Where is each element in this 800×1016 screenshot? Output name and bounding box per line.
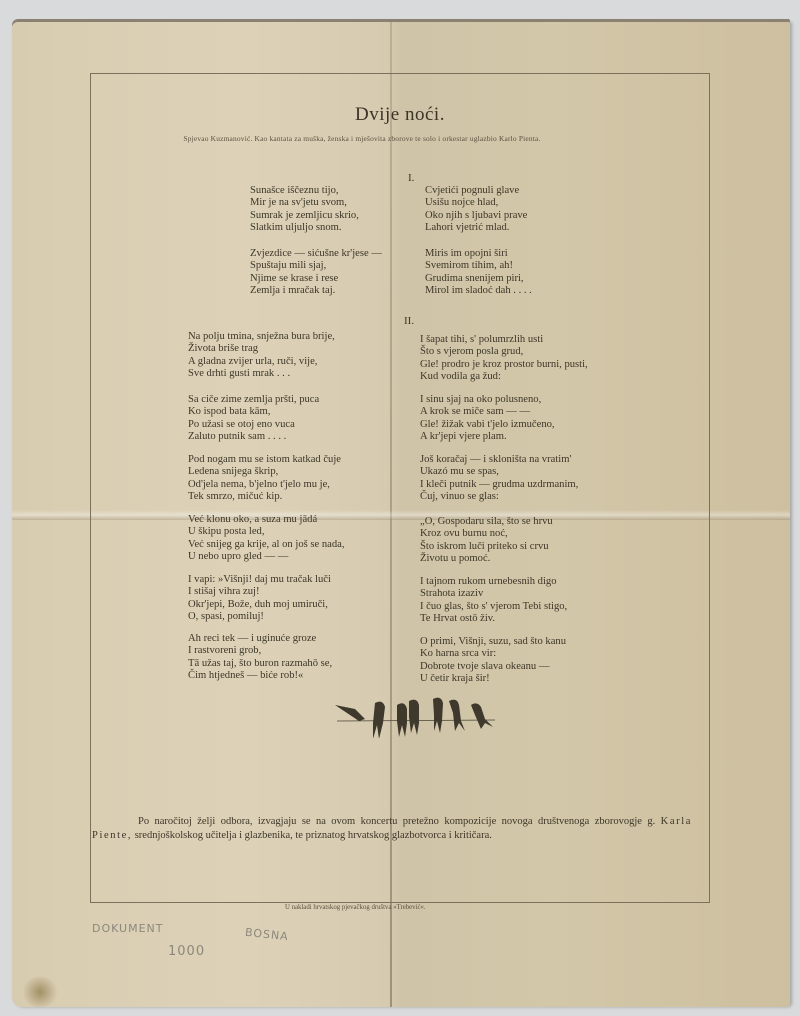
verse-line: Na polju tmina, snježna bura brije, — [188, 331, 335, 343]
verse-line: Strahota izaziv — [420, 588, 567, 600]
verse-line: Ukazó mu se spas, — [420, 466, 578, 478]
verse-line: Njime se krase i rese — [250, 273, 382, 285]
verse-line: Još koračaj — i skloništa na vratim' — [420, 454, 578, 466]
note-intro: Po naročitoj želji odbora, izvagjaju se … — [138, 816, 655, 827]
verse-line: I sinu sjaj na oko polusneno, — [420, 394, 555, 406]
verse-line: Te Hrvat ostō živ. — [420, 613, 567, 625]
stanza-2-left-2: Sa ciče zime zemlja pršti, puca Ko ispod… — [188, 394, 319, 444]
verse-line: Miris im opojni širi — [425, 248, 532, 260]
stanza-2-right-4: „O, Gospodaru sila, što se hrvu Kroz ovu… — [420, 516, 553, 566]
verse-line: I šapat tihi, s' polumrzlih usti — [420, 334, 588, 346]
verse-line: I čuo glas, što s' vjerom Tebi stigo, — [420, 601, 567, 613]
corner-stain — [20, 977, 60, 1007]
verse-line: A krok se miče sam — — — [420, 406, 555, 418]
stanza-2-left-6: Ah reci tek — i uginuće groze I rastvore… — [188, 633, 332, 683]
poem-title: Dvije noći. — [0, 104, 800, 126]
verse-line: Zvjezdice — sićušne kr'jese — — [250, 248, 382, 260]
verse-line: Grudima snenijem piri, — [425, 273, 532, 285]
verse-line: Tek smrzo, mičuć kip. — [188, 491, 341, 503]
verse-line: Što iskrom luči priteko si crvu — [420, 541, 553, 553]
concert-note-paragraph: Po naročitoj želji odbora, izvagjaju se … — [92, 815, 692, 843]
verse-line: Životu u pomoć. — [420, 553, 553, 565]
verse-line: A gladna zvijer urla, ruči, vije, — [188, 356, 335, 368]
verse-line: Svemirom tihim, ah! — [425, 260, 532, 272]
verse-line: Sumrak je zemljicu skrio, — [250, 210, 359, 222]
verse-line: Kud vodila ga žud: — [420, 371, 588, 383]
stanza-2-left-3: Pod nogam mu se istom katkad čuje Ledena… — [188, 454, 341, 504]
verse-line: Sunašce iščeznu tijo, — [250, 185, 359, 197]
stanza-1-left-1: Sunašce iščeznu tijo, Mir je na sv'jetu … — [250, 185, 359, 235]
verse-line: Oko njih s ljubavi prave — [425, 210, 527, 222]
verse-line: Kroz ovu burnu noć, — [420, 528, 553, 540]
verse-line: Već snijeg ga krije, al on još se nada, — [188, 539, 345, 551]
verse-line: Što s vjerom posla grud, — [420, 346, 588, 358]
verse-line: Sa ciče zime zemlja pršti, puca — [188, 394, 319, 406]
verse-line: „O, Gospodaru sila, što se hrvu — [420, 516, 553, 528]
stanza-2-right-5: I tajnom rukom urnebesnih digo Strahota … — [420, 576, 567, 626]
verse-line: Gle! prodro je kroz prostor burni, pusti… — [420, 359, 588, 371]
stanza-2-left-5: I vapi: »Višnji! daj mu tračak luči I st… — [188, 574, 331, 624]
stanza-2-right-1: I šapat tihi, s' polumrzlih usti Što s v… — [420, 334, 588, 384]
stanza-1-right-2: Miris im opojni širi Svemirom tihim, ah!… — [425, 248, 532, 298]
verse-line: Života briše trag — [188, 343, 335, 355]
verse-line: Od'jela nema, b'jelno t'jelo mu je, — [188, 479, 341, 491]
verse-line: Tā užas taj, što buron razmahō se, — [188, 658, 332, 670]
printed-frame-border — [90, 73, 710, 903]
verse-line: Čim htjedneš — biće rob!« — [188, 670, 332, 682]
note-rest: srednjoškolskog učitelja i glazbenika, t… — [135, 830, 492, 841]
verse-line: Pod nogam mu se istom katkad čuje — [188, 454, 341, 466]
verse-line: O, spasi, pomiluj! — [188, 611, 331, 623]
section-number-2: II. — [404, 315, 414, 327]
verse-line: Ko harna srca vir: — [420, 648, 566, 660]
stanza-2-right-2: I sinu sjaj na oko polusneno, A krok se … — [420, 394, 555, 444]
poem-subtitle: Spjevao Kuzmanović. Kao kantata za muška… — [62, 134, 662, 143]
verse-line: Ledena snijega škrip, — [188, 466, 341, 478]
verse-line: Usišu nojce hlad, — [425, 197, 527, 209]
publisher-line: U nakladi hrvatskog pjevačkog društva »T… — [285, 904, 426, 911]
verse-line: I rastvoreni grob, — [188, 645, 332, 657]
verse-line: I stišaj vihra zuj! — [188, 586, 331, 598]
verse-line: Čuj, vinuo se glas: — [420, 491, 578, 503]
verse-line: O primi, Višnji, suzu, sad što kanu — [420, 636, 566, 648]
verse-line: U nebo upro gled — — — [188, 551, 345, 563]
stanza-1-left-2: Zvjezdice — sićušne kr'jese — Spuštaju m… — [250, 248, 382, 298]
verse-line: Već klonu oko, a suza mu jādá — [188, 514, 345, 526]
verse-line: Mirol im sladoć dah . . . . — [425, 285, 532, 297]
section-number-1: I. — [408, 172, 414, 184]
stanza-1-right-1: Cvjetići pognuli glave Usišu nojce hlad,… — [425, 185, 527, 235]
verse-line: Po užasi se otoj eno vuca — [188, 419, 319, 431]
verse-line: Slatkim uljuljo snom. — [250, 222, 359, 234]
stanza-2-right-6: O primi, Višnji, suzu, sad što kanu Ko h… — [420, 636, 566, 686]
verse-line: Mir je na sv'jetu svom, — [250, 197, 359, 209]
verse-line: I vapi: »Višnji! daj mu tračak luči — [188, 574, 331, 586]
verse-line: Zaluto putnik sam . . . . — [188, 431, 319, 443]
verse-line: Dobrote tvoje slava okeanu — — [420, 661, 566, 673]
verse-line: Spuštaju mili sjaj, — [250, 260, 382, 272]
verse-line: Gle! žižak vabi t'jelo izmučeno, — [420, 419, 555, 431]
handwritten-note: 1000 — [168, 944, 205, 959]
verse-line: A kr'jepi vjere plam. — [420, 431, 555, 443]
stanza-2-left-1: Na polju tmina, snježna bura brije, Živo… — [188, 331, 335, 381]
handwritten-note: DOKUMENT — [92, 922, 164, 935]
verse-line: Ah reci tek — i uginuće groze — [188, 633, 332, 645]
verse-line: Ko ispod bata kām, — [188, 406, 319, 418]
verse-line: Okr'jepi, Bože, duh moj umiruči, — [188, 599, 331, 611]
verse-line: I tajnom rukom urnebesnih digo — [420, 576, 567, 588]
verse-line: Zemlja i mračak taj. — [250, 285, 382, 297]
verse-line: I kleči putnik — grudma uzdrmanim, — [420, 479, 578, 491]
verse-line: Lahori vjetrić mlad. — [425, 222, 527, 234]
verse-line: U škipu posta led, — [188, 526, 345, 538]
stanza-2-left-4: Već klonu oko, a suza mu jādá U škipu po… — [188, 514, 345, 564]
verse-line: Cvjetići pognuli glave — [425, 185, 527, 197]
stanza-2-right-3: Još koračaj — i skloništa na vratim' Uka… — [420, 454, 578, 504]
verse-line: Sve drhti gusti mrak . . . — [188, 368, 335, 380]
swallows-on-wire-illustration — [325, 683, 495, 738]
